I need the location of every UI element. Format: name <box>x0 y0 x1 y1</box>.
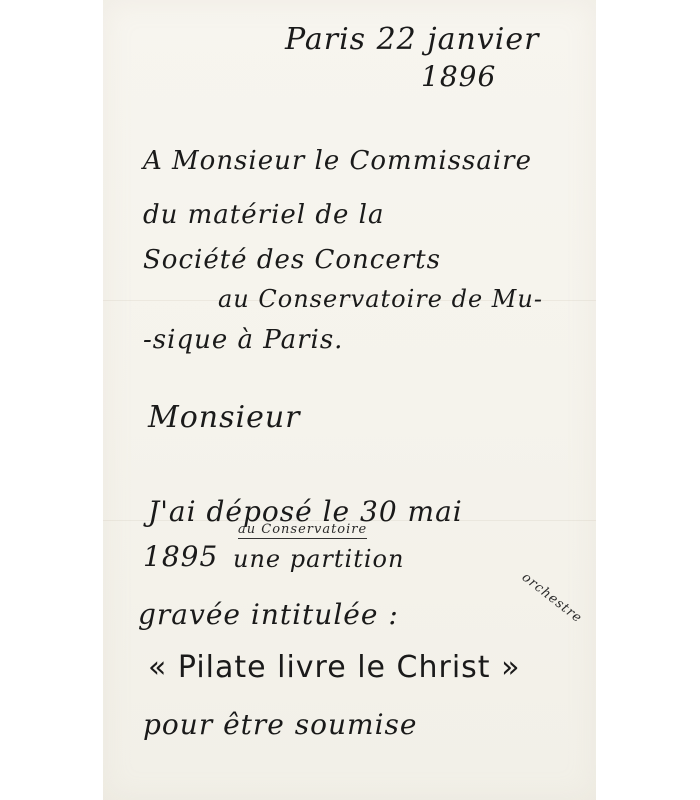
address-line-5: -sique à Paris. <box>143 325 343 355</box>
address-line-2: du matériel de la <box>143 200 384 230</box>
salutation: Monsieur <box>148 400 301 435</box>
date-place: Paris 22 janvier <box>285 22 539 57</box>
address-line-4: au Conservatoire de Mu- <box>218 285 543 313</box>
body-line-3: gravée intitulée : <box>138 598 399 631</box>
body-line-2-rest: une partition <box>233 545 404 573</box>
date-year: 1896 <box>421 60 496 93</box>
work-title: « Pilate livre le Christ » <box>148 650 520 685</box>
body-line-5: pour être soumise <box>143 708 417 741</box>
margin-note: orchestre <box>519 570 585 626</box>
address-line-3: Société des Concerts <box>143 245 441 275</box>
address-line-1: A Monsieur le Commissaire <box>143 146 532 176</box>
insertion-above: au Conservatoire <box>238 522 367 539</box>
body-line-2-year: 1895 <box>143 540 218 573</box>
letter-page: Paris 22 janvier 1896 A Monsieur le Comm… <box>103 0 596 800</box>
